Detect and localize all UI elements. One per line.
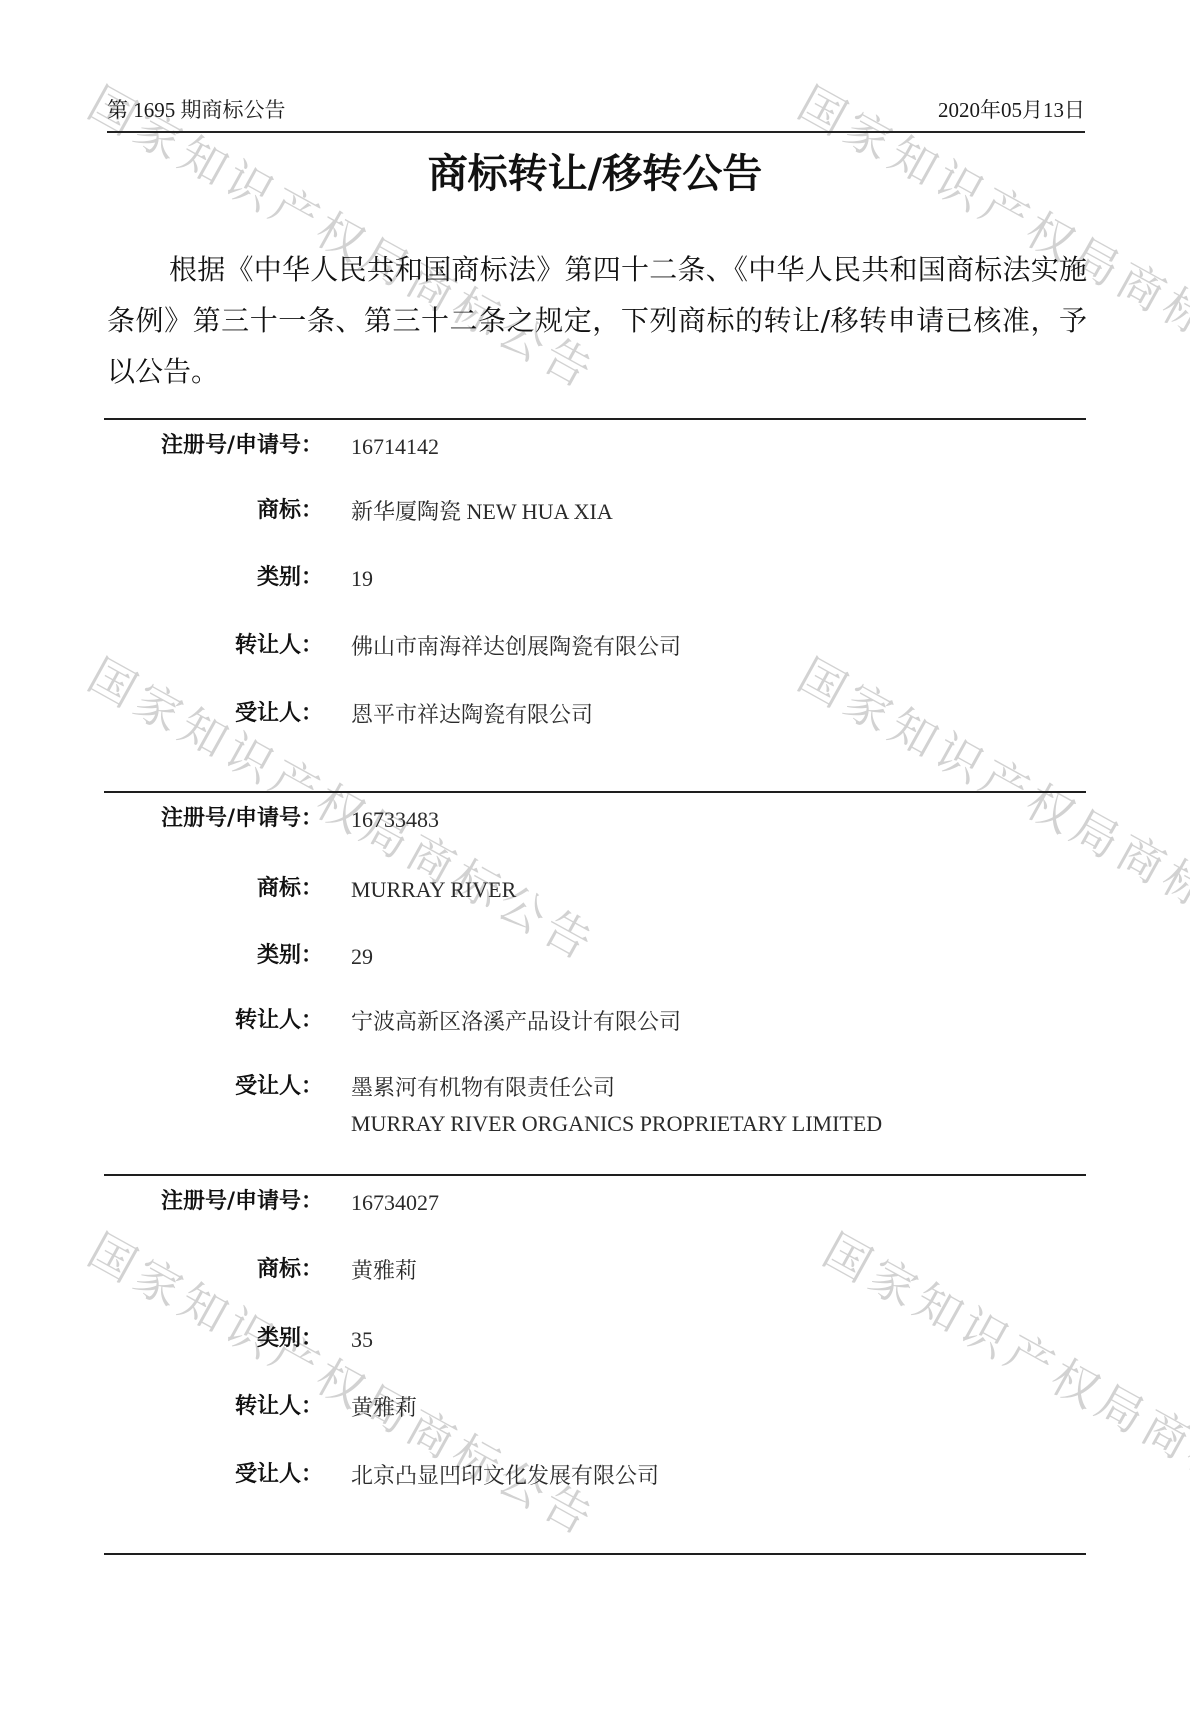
assignor-value: 佛山市南海祥达创展陶瓷有限公司 xyxy=(351,629,681,665)
reg-no-label: 注册号/申请号： xyxy=(161,801,323,832)
class-value: 19 xyxy=(351,561,373,597)
mark-value: 新华厦陶瓷 NEW HUA XIA xyxy=(351,494,613,530)
record-divider xyxy=(104,1553,1086,1555)
assignor-value: 宁波高新区洛溪产品设计有限公司 xyxy=(351,1004,681,1040)
page-header: 第 1695 期商标公告 2020年05月13日 xyxy=(107,92,1085,132)
reg-no-label: 注册号/申请号： xyxy=(161,428,323,459)
record-divider xyxy=(104,418,1086,420)
class-value: 29 xyxy=(351,939,373,975)
field-class: 类别： 19 xyxy=(0,560,1190,600)
field-reg-no: 注册号/申请号： 16734027 xyxy=(0,1184,1190,1224)
field-mark: 商标： 黄雅莉 xyxy=(0,1252,1190,1292)
reg-no-value: 16714142 xyxy=(351,429,439,465)
field-assignee: 受让人： 恩平市祥达陶瓷有限公司 xyxy=(0,696,1190,736)
class-value: 35 xyxy=(351,1322,373,1358)
assignee-label: 受让人： xyxy=(235,696,323,727)
assignee-value: 墨累河有机物有限责任公司 MURRAY RIVER ORGANICS PROPR… xyxy=(351,1070,882,1142)
field-mark: 商标： MURRAY RIVER xyxy=(0,871,1190,911)
assignee-name-cn: 墨累河有机物有限责任公司 xyxy=(351,1070,882,1106)
mark-value: MURRAY RIVER xyxy=(351,872,516,908)
assignee-value: 北京凸显凹印文化发展有限公司 xyxy=(351,1458,659,1494)
assignee-label: 受让人： xyxy=(235,1457,323,1488)
reg-no-value: 16734027 xyxy=(351,1185,439,1221)
field-reg-no: 注册号/申请号： 16733483 xyxy=(0,801,1190,841)
field-mark: 商标： 新华厦陶瓷 NEW HUA XIA xyxy=(0,493,1190,533)
assignee-label: 受让人： xyxy=(235,1069,323,1100)
field-reg-no: 注册号/申请号： 16714142 xyxy=(0,428,1190,468)
class-label: 类别： xyxy=(257,938,323,969)
class-label: 类别： xyxy=(257,560,323,591)
record-divider xyxy=(104,791,1086,793)
field-assignor: 转让人： 黄雅莉 xyxy=(0,1389,1190,1429)
page-title: 商标转让/移转公告 xyxy=(0,142,1190,199)
issue-date: 2020年05月13日 xyxy=(938,94,1085,124)
assignor-value: 黄雅莉 xyxy=(351,1390,417,1426)
announcement-page: 国家知识产权局商标公告 国家知识产权局商标公告 国家知识产权局商标公告 国家知识… xyxy=(0,0,1190,1714)
issue-number: 第 1695 期商标公告 xyxy=(107,94,286,124)
assignee-value: 恩平市祥达陶瓷有限公司 xyxy=(351,697,593,733)
field-assignor: 转让人： 佛山市南海祥达创展陶瓷有限公司 xyxy=(0,628,1190,668)
preamble-paragraph: 根据《中华人民共和国商标法》第四十二条、《中华人民共和国商标法实施条例》第三十一… xyxy=(107,244,1087,397)
reg-no-value: 16733483 xyxy=(351,802,439,838)
header-divider xyxy=(107,131,1085,133)
record-divider xyxy=(104,1174,1086,1176)
mark-label: 商标： xyxy=(257,1252,323,1283)
assignor-label: 转让人： xyxy=(235,1003,323,1034)
mark-label: 商标： xyxy=(257,493,323,524)
field-class: 类别： 29 xyxy=(0,938,1190,978)
field-assignor: 转让人： 宁波高新区洛溪产品设计有限公司 xyxy=(0,1003,1190,1043)
reg-no-label: 注册号/申请号： xyxy=(161,1184,323,1215)
field-assignee: 受让人： 北京凸显凹印文化发展有限公司 xyxy=(0,1457,1190,1497)
field-class: 类别： 35 xyxy=(0,1321,1190,1361)
class-label: 类别： xyxy=(257,1321,323,1352)
field-assignee: 受让人： 墨累河有机物有限责任公司 MURRAY RIVER ORGANICS … xyxy=(0,1069,1190,1149)
assignee-name-en: MURRAY RIVER ORGANICS PROPRIETARY LIMITE… xyxy=(351,1106,882,1142)
mark-label: 商标： xyxy=(257,871,323,902)
assignor-label: 转让人： xyxy=(235,628,323,659)
mark-value: 黄雅莉 xyxy=(351,1253,417,1289)
assignor-label: 转让人： xyxy=(235,1389,323,1420)
